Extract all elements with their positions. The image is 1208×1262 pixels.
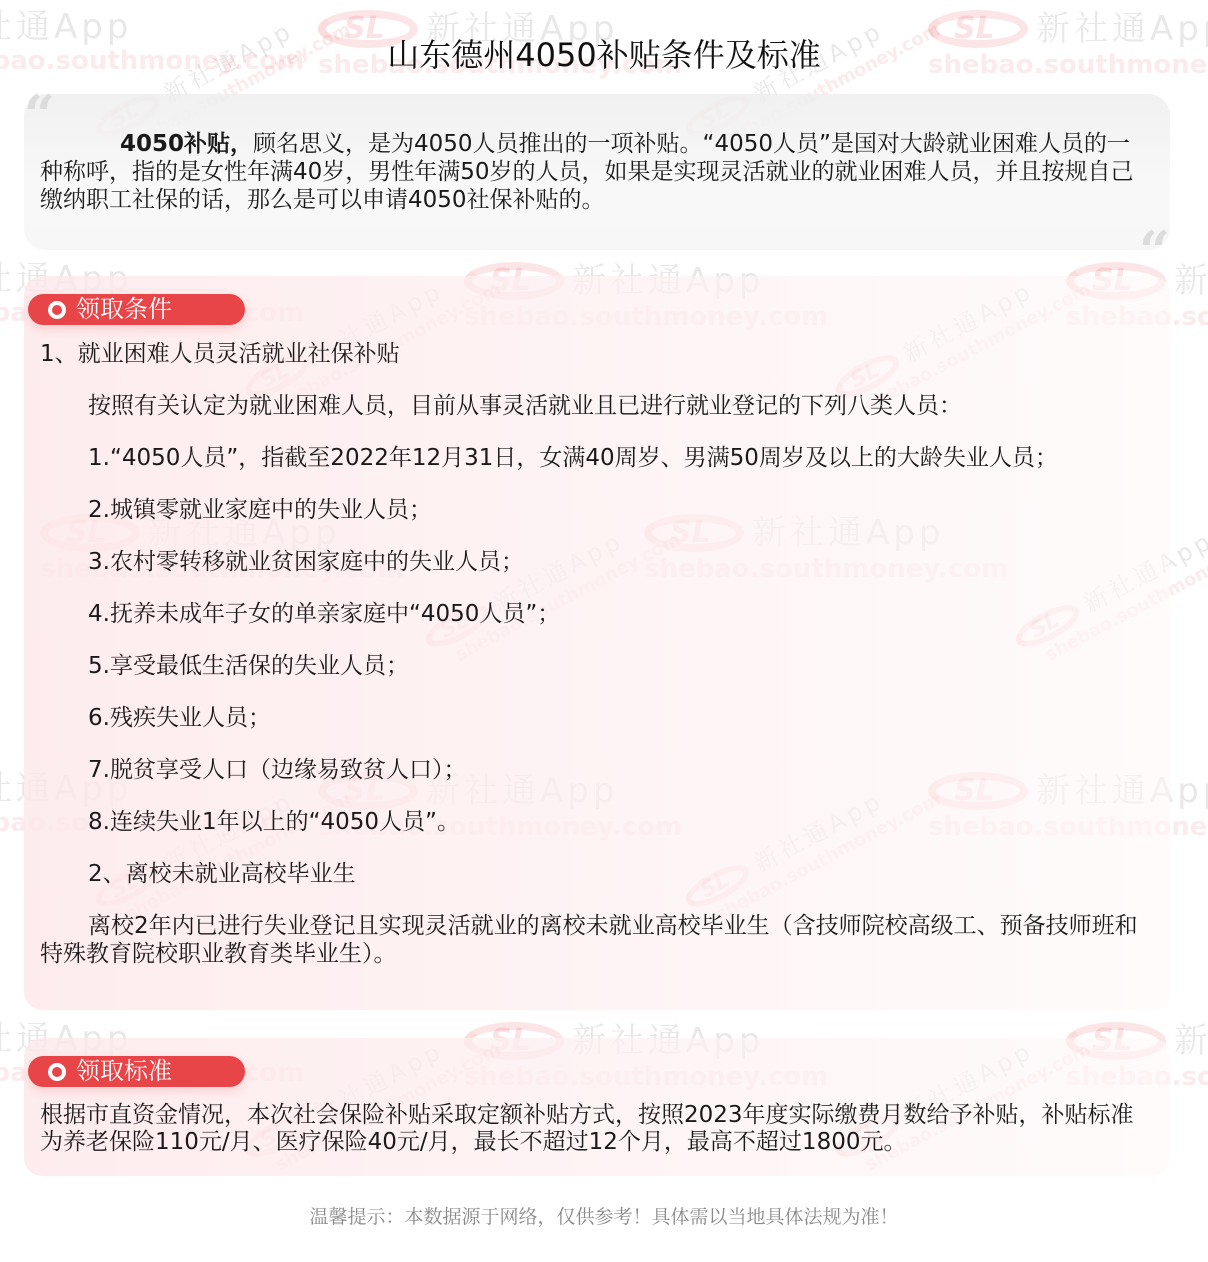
section-paragraph: 离校2年内已进行失业登记且实现灵活就业的离校未就业高校毕业生（含技师院校高级工、… [40, 912, 1140, 968]
intro-bold-lead: 4050补贴， [120, 131, 253, 157]
list-item: 4.抚养未成年子女的单亲家庭中“4050人员”； [40, 600, 1140, 652]
list-item: 2.城镇零就业家庭中的失业人员； [40, 496, 1140, 548]
circle-icon [48, 1063, 66, 1081]
quote-close-icon: “ [1139, 224, 1170, 278]
section-lead: 按照有关认定为就业困难人员，目前从事灵活就业且已进行就业登记的下列八类人员： [40, 392, 1140, 444]
section-badge-standards: 领取标准 [28, 1056, 245, 1087]
list-item: 7.脱贫享受人口（边缘易致贫人口）； [40, 756, 1140, 808]
list-item: 3.农村零转移就业贫困家庭中的失业人员； [40, 548, 1140, 600]
circle-icon [48, 301, 66, 319]
list-item: 1.“4050人员”，指截至2022年12月31日，女满40周岁、男满50周岁及… [40, 444, 1140, 496]
section-badge-conditions: 领取条件 [28, 294, 245, 325]
intro-text: 4050补贴，顾名思义，是为4050人员推出的一项补贴。“4050人员”是国对大… [40, 130, 1150, 214]
section-body: 1、就业困难人员灵活就业社保补贴 按照有关认定为就业困难人员，目前从事灵活就业且… [40, 340, 1140, 968]
article-page: 山东德州4050补贴条件及标准 “ 4050补贴，顾名思义，是为4050人员推出… [0, 0, 1208, 1262]
section-body: 根据市直资金情况，本次社会保险补贴采取定额补贴方式，按照2023年度实际缴费月数… [40, 1102, 1140, 1156]
badge-label: 领取条件 [76, 295, 172, 323]
page-title: 山东德州4050补贴条件及标准 [0, 30, 1208, 76]
section-heading: 1、就业困难人员灵活就业社保补贴 [40, 340, 1140, 392]
quote-open-icon: “ [24, 88, 55, 142]
section-paragraph: 根据市直资金情况，本次社会保险补贴采取定额补贴方式，按照2023年度实际缴费月数… [40, 1102, 1140, 1156]
badge-label: 领取标准 [76, 1057, 172, 1085]
footer-disclaimer: 温馨提示：本数据源于网络，仅供参考！具体需以当地具体法规为准！ [0, 1202, 1208, 1229]
list-item: 5.享受最低生活保的失业人员； [40, 652, 1140, 704]
intro-card: “ 4050补贴，顾名思义，是为4050人员推出的一项补贴。“4050人员”是国… [24, 94, 1170, 250]
list-item: 8.连续失业1年以上的“4050人员”。 [40, 808, 1140, 860]
list-item: 6.残疾失业人员； [40, 704, 1140, 756]
section-standards: 领取标准 根据市直资金情况，本次社会保险补贴采取定额补贴方式，按照2023年度实… [24, 1038, 1170, 1176]
section-conditions: 领取条件 1、就业困难人员灵活就业社保补贴 按照有关认定为就业困难人员，目前从事… [24, 276, 1170, 1010]
section-subheading: 2、离校未就业高校毕业生 [40, 860, 1140, 912]
